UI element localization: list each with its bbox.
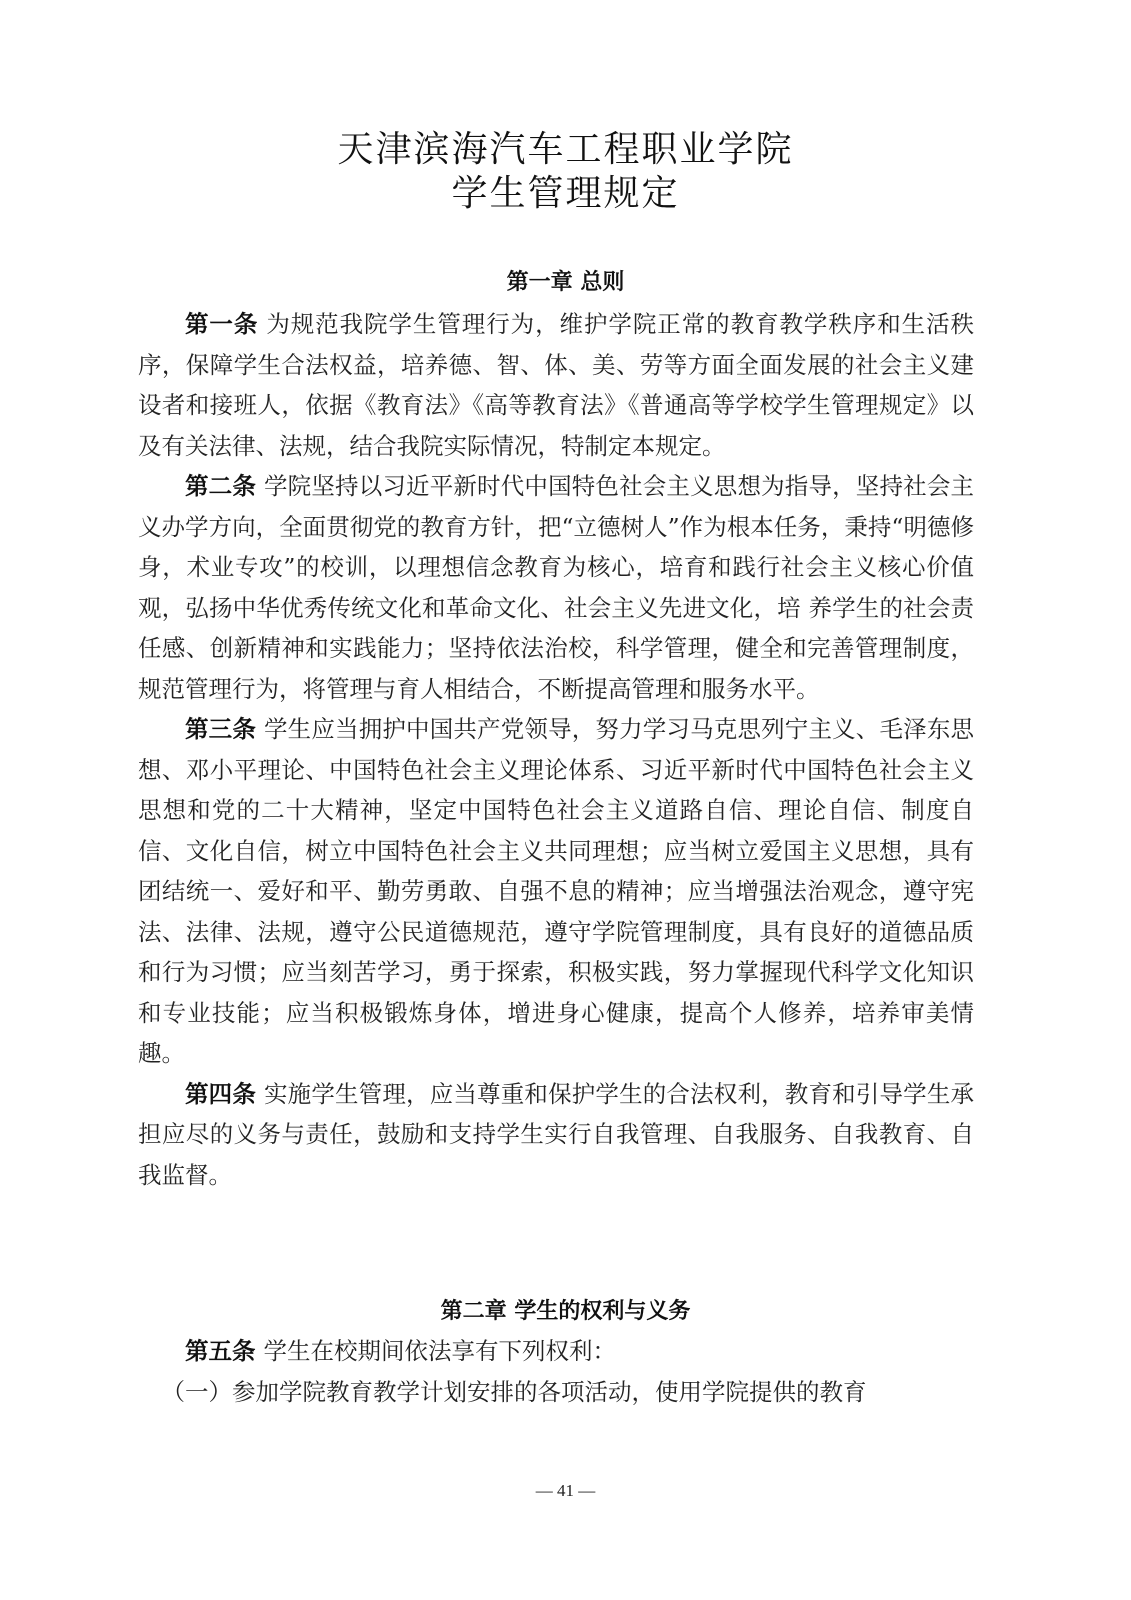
page-number: — 41 — — [0, 1481, 1131, 1501]
article-5-label: 第五条 — [185, 1337, 256, 1365]
article-4-label: 第四条 — [185, 1080, 256, 1108]
article-3: 第三条学生应当拥护中国共产党领导，努力学习马克思列宁主义、毛泽东思想、邓小平理论… — [138, 709, 974, 1074]
article-2: 第二条学院坚持以习近平新时代中国特色社会主义思想为指导，坚持社会主义办学方向，全… — [138, 466, 974, 709]
title-line-institution: 天津滨海汽车工程职业学院 — [0, 128, 1131, 172]
chapter-heading-2: 第二章 学生的权利与义务 — [0, 1294, 1131, 1325]
chapter-heading-1: 第一章 总则 — [0, 265, 1131, 296]
article-2-text: 学院坚持以习近平新时代中国特色社会主义思想为指导，坚持社会主义办学方向，全面贯彻… — [138, 472, 974, 703]
article-4-text: 实施学生管理，应当尊重和保护学生的合法权利，教育和引导学生承担应尽的义务与责任，… — [138, 1080, 974, 1189]
article-3-text: 学生应当拥护中国共产党领导，努力学习马克思列宁主义、毛泽东思想、邓小平理论、中国… — [138, 715, 974, 1067]
article-3-label: 第三条 — [185, 715, 256, 743]
document-title: 天津滨海汽车工程职业学院 学生管理规定 — [0, 128, 1131, 216]
list-item: （一）参加学院教育教学计划安排的各项活动，使用学院提供的教育 — [138, 1372, 974, 1413]
article-5: 第五条学生在校期间依法享有下列权利： — [138, 1331, 974, 1372]
article-1-label: 第一条 — [185, 310, 258, 338]
chapter-1-body: 第一条为规范我院学生管理行为，维护学院正常的教育教学秩序和生活秩序，保障学生合法… — [138, 304, 974, 1195]
article-4: 第四条实施学生管理，应当尊重和保护学生的合法权利，教育和引导学生承担应尽的义务与… — [138, 1074, 974, 1196]
article-5-text: 学生在校期间依法享有下列权利： — [264, 1337, 617, 1365]
article-1: 第一条为规范我院学生管理行为，维护学院正常的教育教学秩序和生活秩序，保障学生合法… — [138, 304, 974, 466]
article-2-label: 第二条 — [185, 472, 256, 500]
article-1-text: 为规范我院学生管理行为，维护学院正常的教育教学秩序和生活秩序，保障学生合法权益，… — [138, 310, 974, 460]
title-line-regulation: 学生管理规定 — [0, 172, 1131, 216]
document-page: 天津滨海汽车工程职业学院 学生管理规定 第一章 总则 第一条为规范我院学生管理行… — [0, 0, 1131, 1600]
chapter-2-body: 第五条学生在校期间依法享有下列权利： （一）参加学院教育教学计划安排的各项活动，… — [138, 1331, 974, 1412]
